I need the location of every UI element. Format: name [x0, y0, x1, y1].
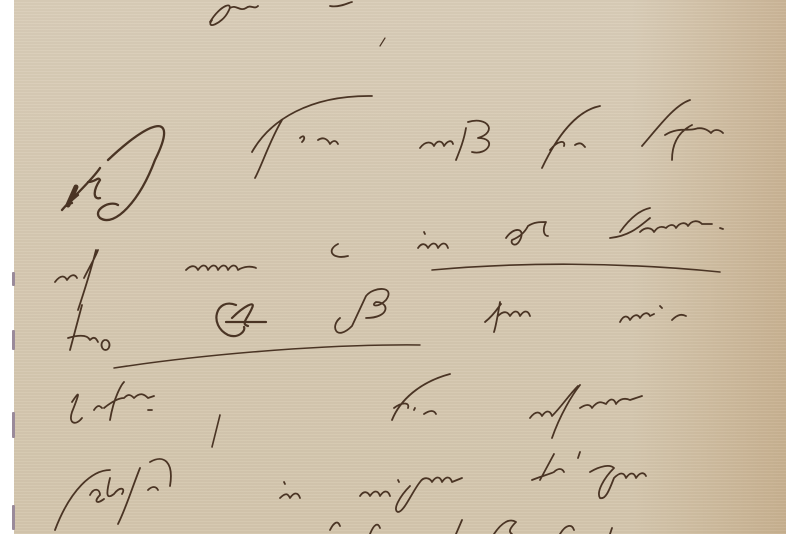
line-5-strokes	[55, 452, 646, 530]
line-3-strokes	[68, 289, 686, 368]
line-4-strokes	[71, 374, 642, 447]
line-1-strokes	[62, 96, 723, 220]
line-6-strokes	[330, 520, 612, 534]
line-0-strokes	[210, 2, 385, 46]
handwriting	[0, 0, 801, 534]
